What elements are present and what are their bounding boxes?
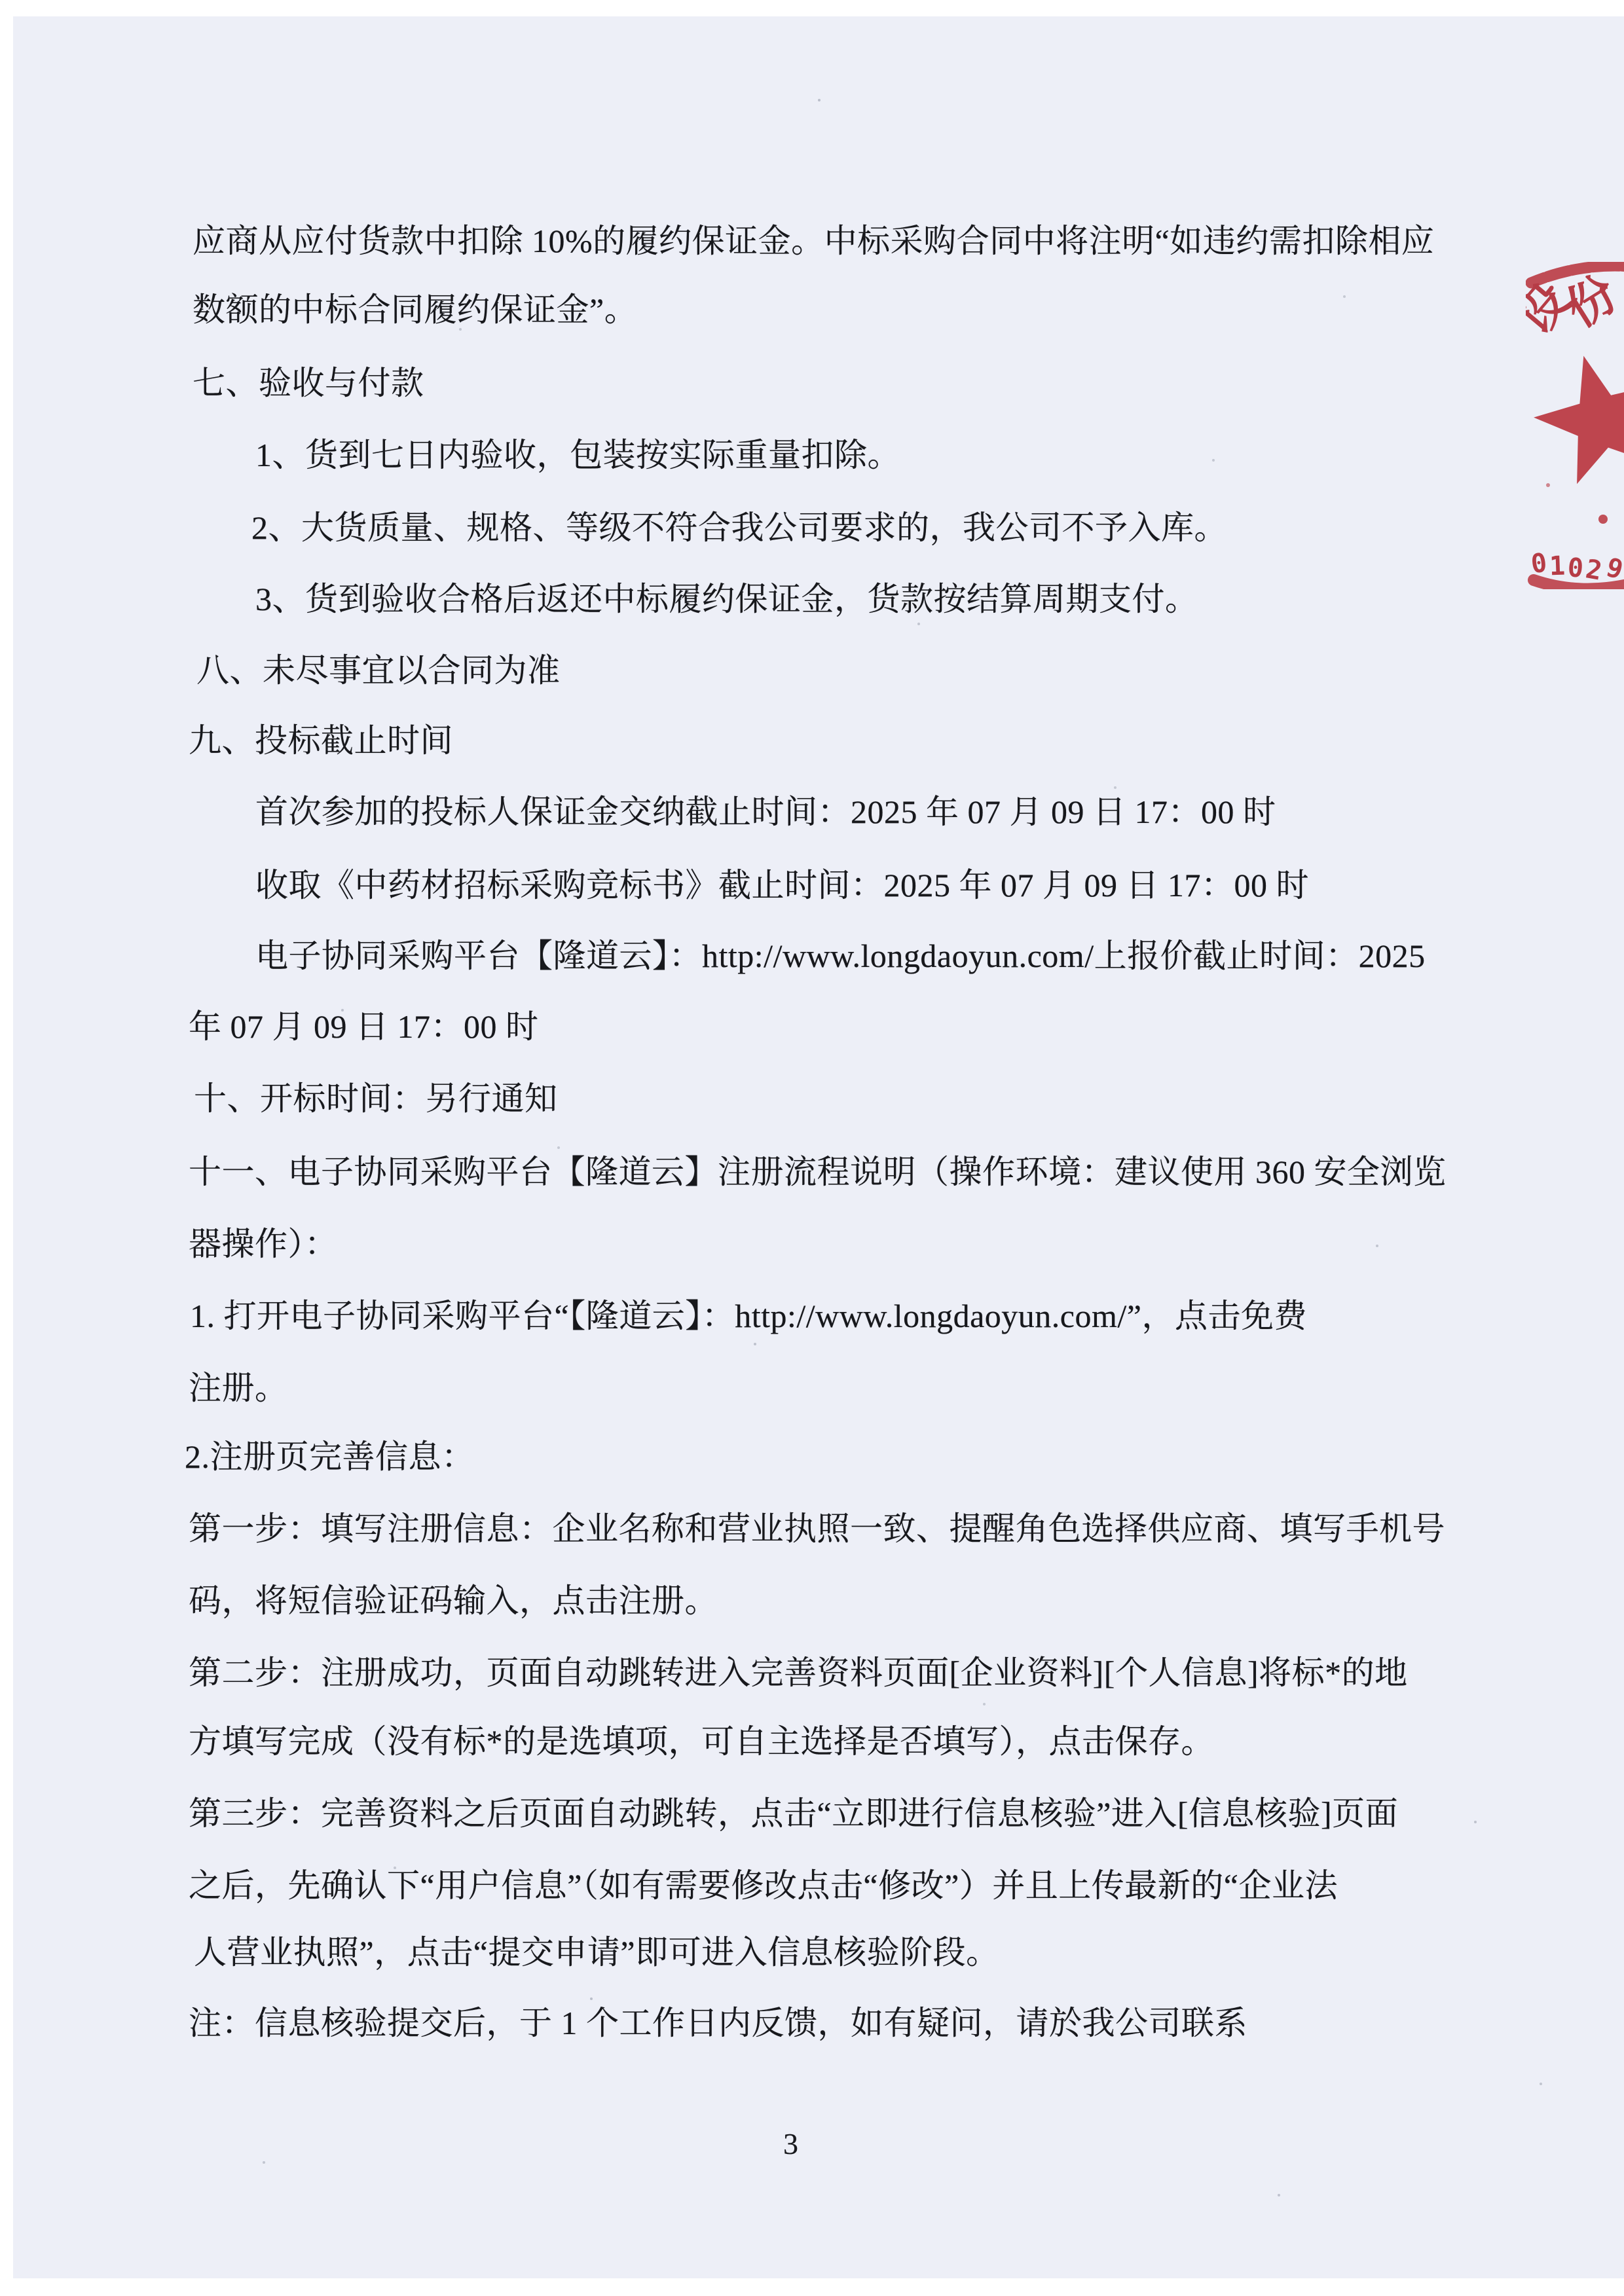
step-line-register-info: 2.注册页完善信息： <box>185 1437 475 1476</box>
scan-noise-specks <box>0 0 1 1</box>
step2-line: 第二步：注册成功，页面自动跳转进入完善资料页面[企业资料][个人信息]将标*的地 <box>189 1653 1408 1692</box>
company-seal: 设 份 0 1 0 2 9 <box>1526 262 1624 589</box>
note-line: 注：信息核验提交后，于 1 个工作日内反馈，如有疑问，请於我公司联系 <box>189 2003 1247 2043</box>
seal-ink-dot <box>1598 515 1608 524</box>
body-line: 方填写完成（没有标*的是选填项，可自主选择是否填写），点击保存。 <box>189 1722 1214 1761</box>
section-heading-11: 十一、电子协同采购平台【隆道云】注册流程说明（操作环境：建议使用 360 安全浏… <box>189 1152 1447 1192</box>
step1-line: 第一步：填写注册信息：企业名称和营业执照一致、提醒角色选择供应商、填写手机号 <box>189 1509 1445 1548</box>
body-line: 之后，先确认下“用户信息”（如有需要修改点击“修改”）并且上传最新的“企业法 <box>189 1866 1338 1905</box>
section-heading-8: 八、未尽事宜以合同为准 <box>196 651 561 690</box>
seal-star-icon <box>1534 356 1624 484</box>
body-line: 应商从应付货款中扣除 10%的履约保证金。中标采购合同中将注明“如违约需扣除相应 <box>193 221 1434 261</box>
body-line: 器操作）： <box>189 1224 338 1264</box>
scanned-document-page: 应商从应付货款中扣除 10%的履约保证金。中标采购合同中将注明“如违约需扣除相应… <box>0 0 1624 2296</box>
body-line: 码，将短信验证码输入，点击注册。 <box>189 1581 718 1620</box>
deadline-line-platform-url: 电子协同采购平台【隆道云】：http://www.longdaoyun.com/… <box>255 936 1426 975</box>
seal-serial-digit: 0 <box>1566 553 1584 584</box>
list-item: 1、货到七日内验收，包装按实际重量扣除。 <box>255 435 900 475</box>
list-item: 3、货到验收合格后返还中标履约保证金，货款按结算周期支付。 <box>255 579 1198 619</box>
step3-line: 第三步：完善资料之后页面自动跳转，点击“立即进行信息核验”进入[信息核验]页面 <box>189 1794 1398 1833</box>
body-line: 注册。 <box>189 1368 288 1408</box>
list-item: 2、大货质量、规格、等级不符合我公司要求的，我公司不予入库。 <box>251 508 1227 547</box>
seal-ink-dot <box>1546 483 1550 487</box>
deadline-line: 收取《中药材招标采购竞标书》截止时间：2025 年 07 月 09 日 17：0… <box>255 866 1309 905</box>
seal-serial-digit: 0 <box>1529 548 1549 580</box>
page-number: 3 <box>783 2126 798 2161</box>
section-heading-10: 十、开标时间：另行通知 <box>194 1079 558 1118</box>
step-line-open-platform: 1. 打开电子协同采购平台“【隆道云】：http://www.longdaoyu… <box>190 1296 1307 1336</box>
deadline-line-continued: 年 07 月 09 日 17：00 时 <box>189 1007 539 1046</box>
section-heading-7: 七、验收与付款 <box>193 363 424 403</box>
seal-char-icon: 份 <box>1557 266 1624 338</box>
deadline-line: 首次参加的投标人保证金交纳截止时间：2025 年 07 月 09 日 17：00… <box>255 792 1276 831</box>
body-line: 人营业执照”，点击“提交申请”即可进入信息核验阶段。 <box>194 1933 999 1972</box>
seal-serial-digit: 1 <box>1549 551 1566 582</box>
section-heading-9: 九、投标截止时间 <box>189 721 453 760</box>
seal-serial-digit: 2 <box>1583 554 1604 586</box>
body-line: 数额的中标合同履约保证金”。 <box>193 290 637 329</box>
